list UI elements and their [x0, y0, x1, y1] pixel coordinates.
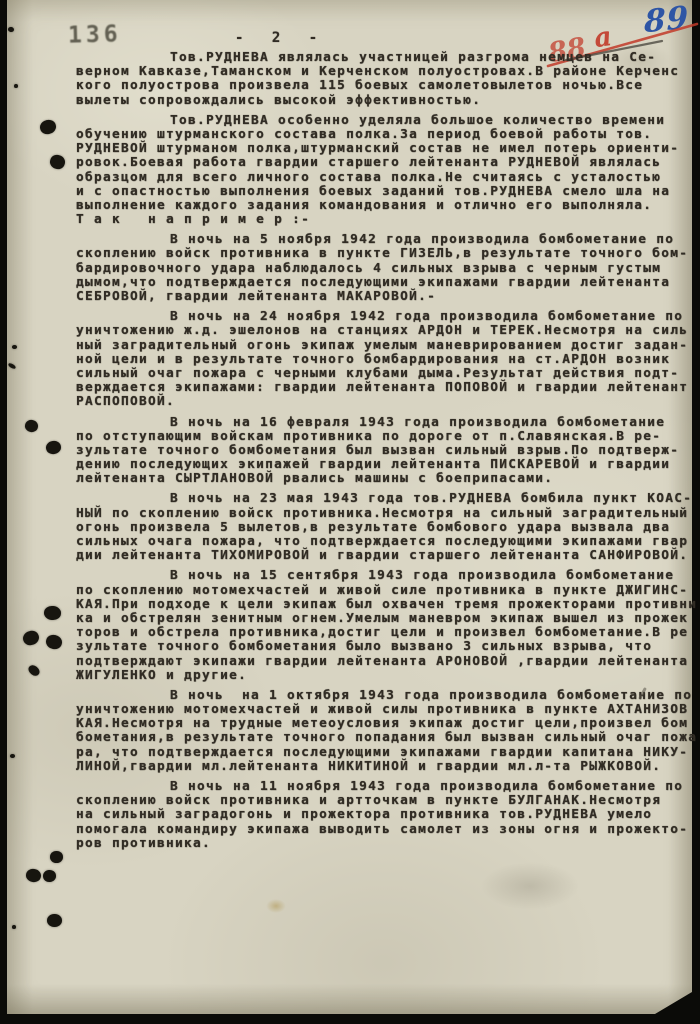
- text-line: зультате точного бомбометания был вызван…: [76, 444, 696, 458]
- ink-blot: [12, 925, 16, 929]
- text-line: ров противника.: [76, 837, 696, 851]
- text-line: уничтожению ж.д. эшелонов на станциях АР…: [76, 324, 696, 338]
- paragraph: В ночь на 23 мая 1943 года тов.РУДНЕВА б…: [76, 492, 696, 563]
- text-line: ровок.Боевая работа гвардии старшего лей…: [76, 156, 696, 170]
- text-line: ный заградительный огонь экипаж умелым м…: [76, 339, 696, 353]
- text-line: выполнение каждого задания командования …: [76, 199, 696, 213]
- text-line: ка и обстрелян зенитным огнем.Умелым ман…: [76, 612, 696, 626]
- paragraph: В ночь на 5 ноября 1942 года производила…: [76, 233, 696, 304]
- text-line: вылеты сопровождались высокой эффективно…: [76, 94, 696, 108]
- paragraph: В ночь на 1 октября 1943 года производил…: [76, 689, 696, 774]
- text-line: на сильный заградогонь и прожектора прот…: [76, 808, 696, 822]
- text-line: сильный очаг пожара с черными клубами ды…: [76, 367, 696, 381]
- paragraph: В ночь на 15 сентября 1943 года производ…: [76, 569, 696, 683]
- ink-blot: [12, 345, 17, 349]
- text-line: КАЯ.При подходе к цели экипаж был охваче…: [76, 598, 696, 612]
- text-line: обучению штурманского состава полка.За п…: [76, 128, 696, 142]
- text-line: В ночь на 23 мая 1943 года тов.РУДНЕВА б…: [76, 492, 696, 506]
- text-line: зультате точного бомбометания было вызва…: [76, 640, 696, 654]
- text-line: скоплению войск противника в пункте ГИЗЕ…: [76, 247, 696, 261]
- paragraph: Тов.РУДНЕВА особенно уделяла большое кол…: [76, 114, 696, 228]
- archive-stamp-number: 136: [68, 21, 122, 48]
- text-line: ной цели и в результате точного бомбарди…: [76, 353, 696, 367]
- document-body: Тов.РУДНЕВА являлась участницей разгрома…: [76, 51, 696, 857]
- text-line: дымом,что подтверждается последующими эк…: [76, 276, 696, 290]
- text-line: В ночь на 15 сентября 1943 года производ…: [76, 569, 696, 583]
- paragraph: В ночь на 11 ноября 1943 года производил…: [76, 780, 696, 851]
- text-line: РАСПОПОВОЙ.: [76, 395, 696, 409]
- paragraph: Тов.РУДНЕВА являлась участницей разгрома…: [76, 51, 696, 108]
- text-line: Тов.РУДНЕВА особенно уделяла большое кол…: [76, 114, 696, 128]
- text-line: по отступающим войскам противника по дор…: [76, 430, 696, 444]
- paragraph: В ночь на 24 ноября 1942 года производил…: [76, 310, 696, 409]
- text-line: ра, что подтверждается последующими экип…: [76, 746, 696, 760]
- text-line: НЫЙ по скоплению войск противника.Несмот…: [76, 507, 696, 521]
- text-line: В ночь на 16 февраля 1943 года производи…: [76, 416, 696, 430]
- text-line: Т а к н а п р и м е р :-: [76, 213, 696, 227]
- text-line: ЛИНОЙ,гвардии мл.лейтенанта НИКИТИНОЙ и …: [76, 760, 696, 774]
- text-line: лейтенанта СЫРТЛАНОВОЙ рвались машины с …: [76, 472, 696, 486]
- text-line: СЕБРОВОЙ, гвардии лейтенанта МАКАРОВОЙ.-: [76, 290, 696, 304]
- text-line: В ночь на 24 ноября 1942 года производил…: [76, 310, 696, 324]
- paragraph: В ночь на 16 февраля 1943 года производи…: [76, 416, 696, 487]
- page-number: - 2 -: [235, 30, 319, 46]
- scanned-page: 136 - 2 - 89 88 а Тов.РУДНЕВА являлась у…: [0, 0, 700, 1024]
- ink-blot: [47, 914, 62, 927]
- text-line: ЖИГУЛЕНКО и другие.: [76, 669, 696, 683]
- text-line: по скоплению мотомехчастей и живой силе …: [76, 584, 696, 598]
- text-line: помогала командиру экипажа выводить само…: [76, 823, 696, 837]
- corner-tear: [655, 992, 692, 1014]
- text-line: огонь произвела 5 вылетов,в результате б…: [76, 521, 696, 535]
- text-line: образцом для всего личного состава полка…: [76, 171, 696, 185]
- text-line: бардировочного удара наблюдалось 4 сильн…: [76, 262, 696, 276]
- text-line: В ночь на 1 октября 1943 года производил…: [76, 689, 696, 703]
- text-line: подтверждают экипажи гвардии лейтенанта …: [76, 655, 696, 669]
- text-line: дии лейтенанта ТИХОМИРОВОЙ и гвардии ста…: [76, 549, 696, 563]
- text-line: и с опастностью выполнения боевых задани…: [76, 185, 696, 199]
- text-line: кого полуострова произвела 115 боевых са…: [76, 79, 696, 93]
- ink-blot: [14, 84, 18, 88]
- ink-blot: [10, 754, 15, 758]
- text-line: бометания,в результате точного попадания…: [76, 731, 696, 745]
- ink-blot: [50, 851, 63, 863]
